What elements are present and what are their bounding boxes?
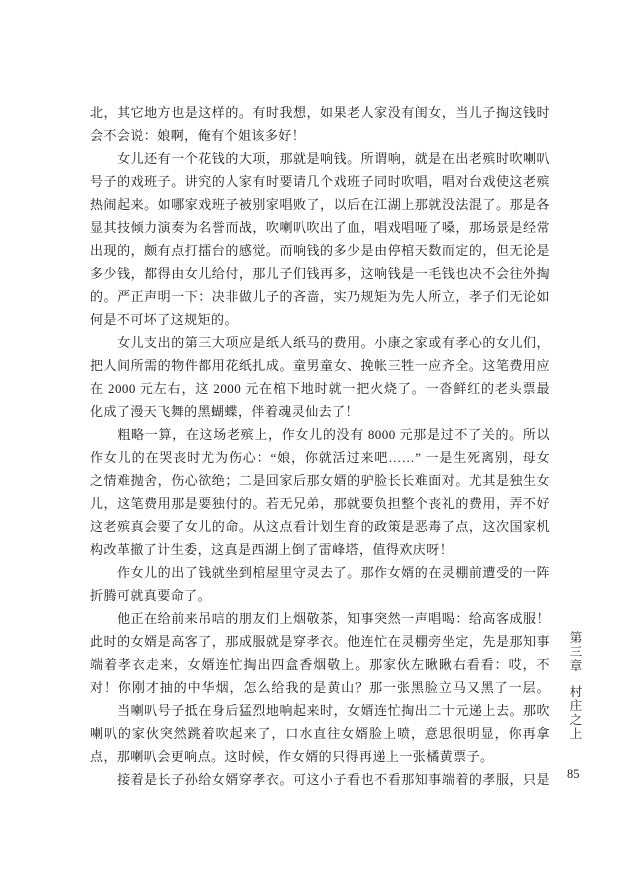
- chapter-marker: 第三章村庄之上: [566, 631, 584, 741]
- body-text: 北，其它地方也是这样的。有时我想，如果老人家没有闺女，当儿子掏这钱时会不会说：娘…: [90, 101, 550, 791]
- text-line: 女儿支出的第三大项应是纸人纸马的费用。小康之家或有孝心的女儿们，: [90, 331, 550, 354]
- text-line: 的。严正声明一下：决非做儿子的吝啬，实乃规矩为先人所立，孝子们无论如: [90, 285, 550, 308]
- text-line: 折腾可就真要命了。: [90, 584, 550, 607]
- text-line: 热闹起来。如哪家戏班子被别家唱败了，以后在江湖上那就没法混了。那是各: [90, 193, 550, 216]
- text-line: 把人间所需的物件都用花纸扎成。童男童女、挽帐三牲一应齐全。这笔费用应: [90, 354, 550, 377]
- chapter-label: 第三章: [568, 631, 582, 673]
- text-line: 女儿还有一个花钱的大项，那就是响钱。所谓响，就是在出老殡时吹喇叭: [90, 147, 550, 170]
- page-number: 85: [567, 767, 580, 782]
- text-line: 点，那喇叭会更响点。这时候，作女婿的只得再递上一张橘黄票子。: [90, 745, 550, 768]
- text-line: 此时的女婿是高客了，那成服就是穿孝衣。他连忙在灵棚旁坐定，先是那知事: [90, 630, 550, 653]
- text-line: 接着是长子孙给女婿穿孝衣。可这小子看也不看那知事端着的孝服，只是: [90, 768, 550, 791]
- text-line: 他正在给前来吊唁的朋友们上烟敬茶，知事突然一声唱喝：给高客成服！: [90, 607, 550, 630]
- text-line: 多少钱，都得由女儿给付，那儿子们钱再多，这响钱是一毛钱也决不会往外掏: [90, 262, 550, 285]
- text-line: 作女儿的在哭丧时尤为伤心：“娘，你就活过来吧……” 一是生死离别，母女: [90, 446, 550, 469]
- text-line: 之情难抛舍，伤心欲绝；二是回家后那女婿的驴脸长长难面对。尤其是独生女: [90, 469, 550, 492]
- text-line: 出现的，颇有点打擂台的感觉。而响钱的多少是由停棺天数而定的，但无论是: [90, 239, 550, 262]
- text-line: 对！你刚才抽的中华烟，怎么给我的是黄山？那一张黑脸立马又黑了一层。: [90, 676, 550, 699]
- text-line: 化成了漫天飞舞的黑蝴蝶，伴着魂灵仙去了！: [90, 400, 550, 423]
- text-line: 会不会说：娘啊，俺有个姐该多好！: [90, 124, 550, 147]
- text-line: 北，其它地方也是这样的。有时我想，如果老人家没有闺女，当儿子掏这钱时: [90, 101, 550, 124]
- text-line: 何是不可坏了这规矩的。: [90, 308, 550, 331]
- text-line: 号子的戏班子。讲究的人家有时要请几个戏班子同时吹唱，唱对台戏使这老殡: [90, 170, 550, 193]
- text-line: 粗略一算，在这场老殡上，作女儿的没有 8000 元那是过不了关的。所以: [90, 423, 550, 446]
- text-line: 喇叭的家伙突然跳着吹起来了，口水直往女婿脸上喷，意思很明显，你再拿: [90, 722, 550, 745]
- text-line: 显其技倾力演奏为名誉而战，吹喇叭吹出了血，唱戏唱哑了嗓，那场景是经常: [90, 216, 550, 239]
- book-page: 北，其它地方也是这样的。有时我想，如果老人家没有闺女，当儿子掏这钱时会不会说：娘…: [0, 0, 634, 891]
- text-line: 在 2000 元左右，这 2000 元在棺下地时就一把火烧了。一沓鲜红的老头票最…: [90, 377, 550, 400]
- text-line: 端着孝衣走来，女婿连忙掏出四盒香烟敬上。那家伙左瞅瞅右看看：哎，不: [90, 653, 550, 676]
- text-line: 这老殡真会要了女儿的命。从这点看计划生育的政策是恶毒了点，这次国家机: [90, 515, 550, 538]
- text-line: 当喇叭号子抵在身后猛烈地响起来时，女婿连忙掏出二十元递上去。那吹: [90, 699, 550, 722]
- text-line: 作女儿的出了钱就坐到棺屋里守灵去了。那作女婿的在灵棚前遭受的一阵: [90, 561, 550, 584]
- chapter-title: 村庄之上: [568, 685, 582, 741]
- text-line: 构改革撤了计生委，这真是西湖上倒了雷峰塔，值得欢庆呀！: [90, 538, 550, 561]
- text-line: 儿，这笔费用那是要独付的。若无兄弟，那就要负担整个丧礼的费用，弄不好: [90, 492, 550, 515]
